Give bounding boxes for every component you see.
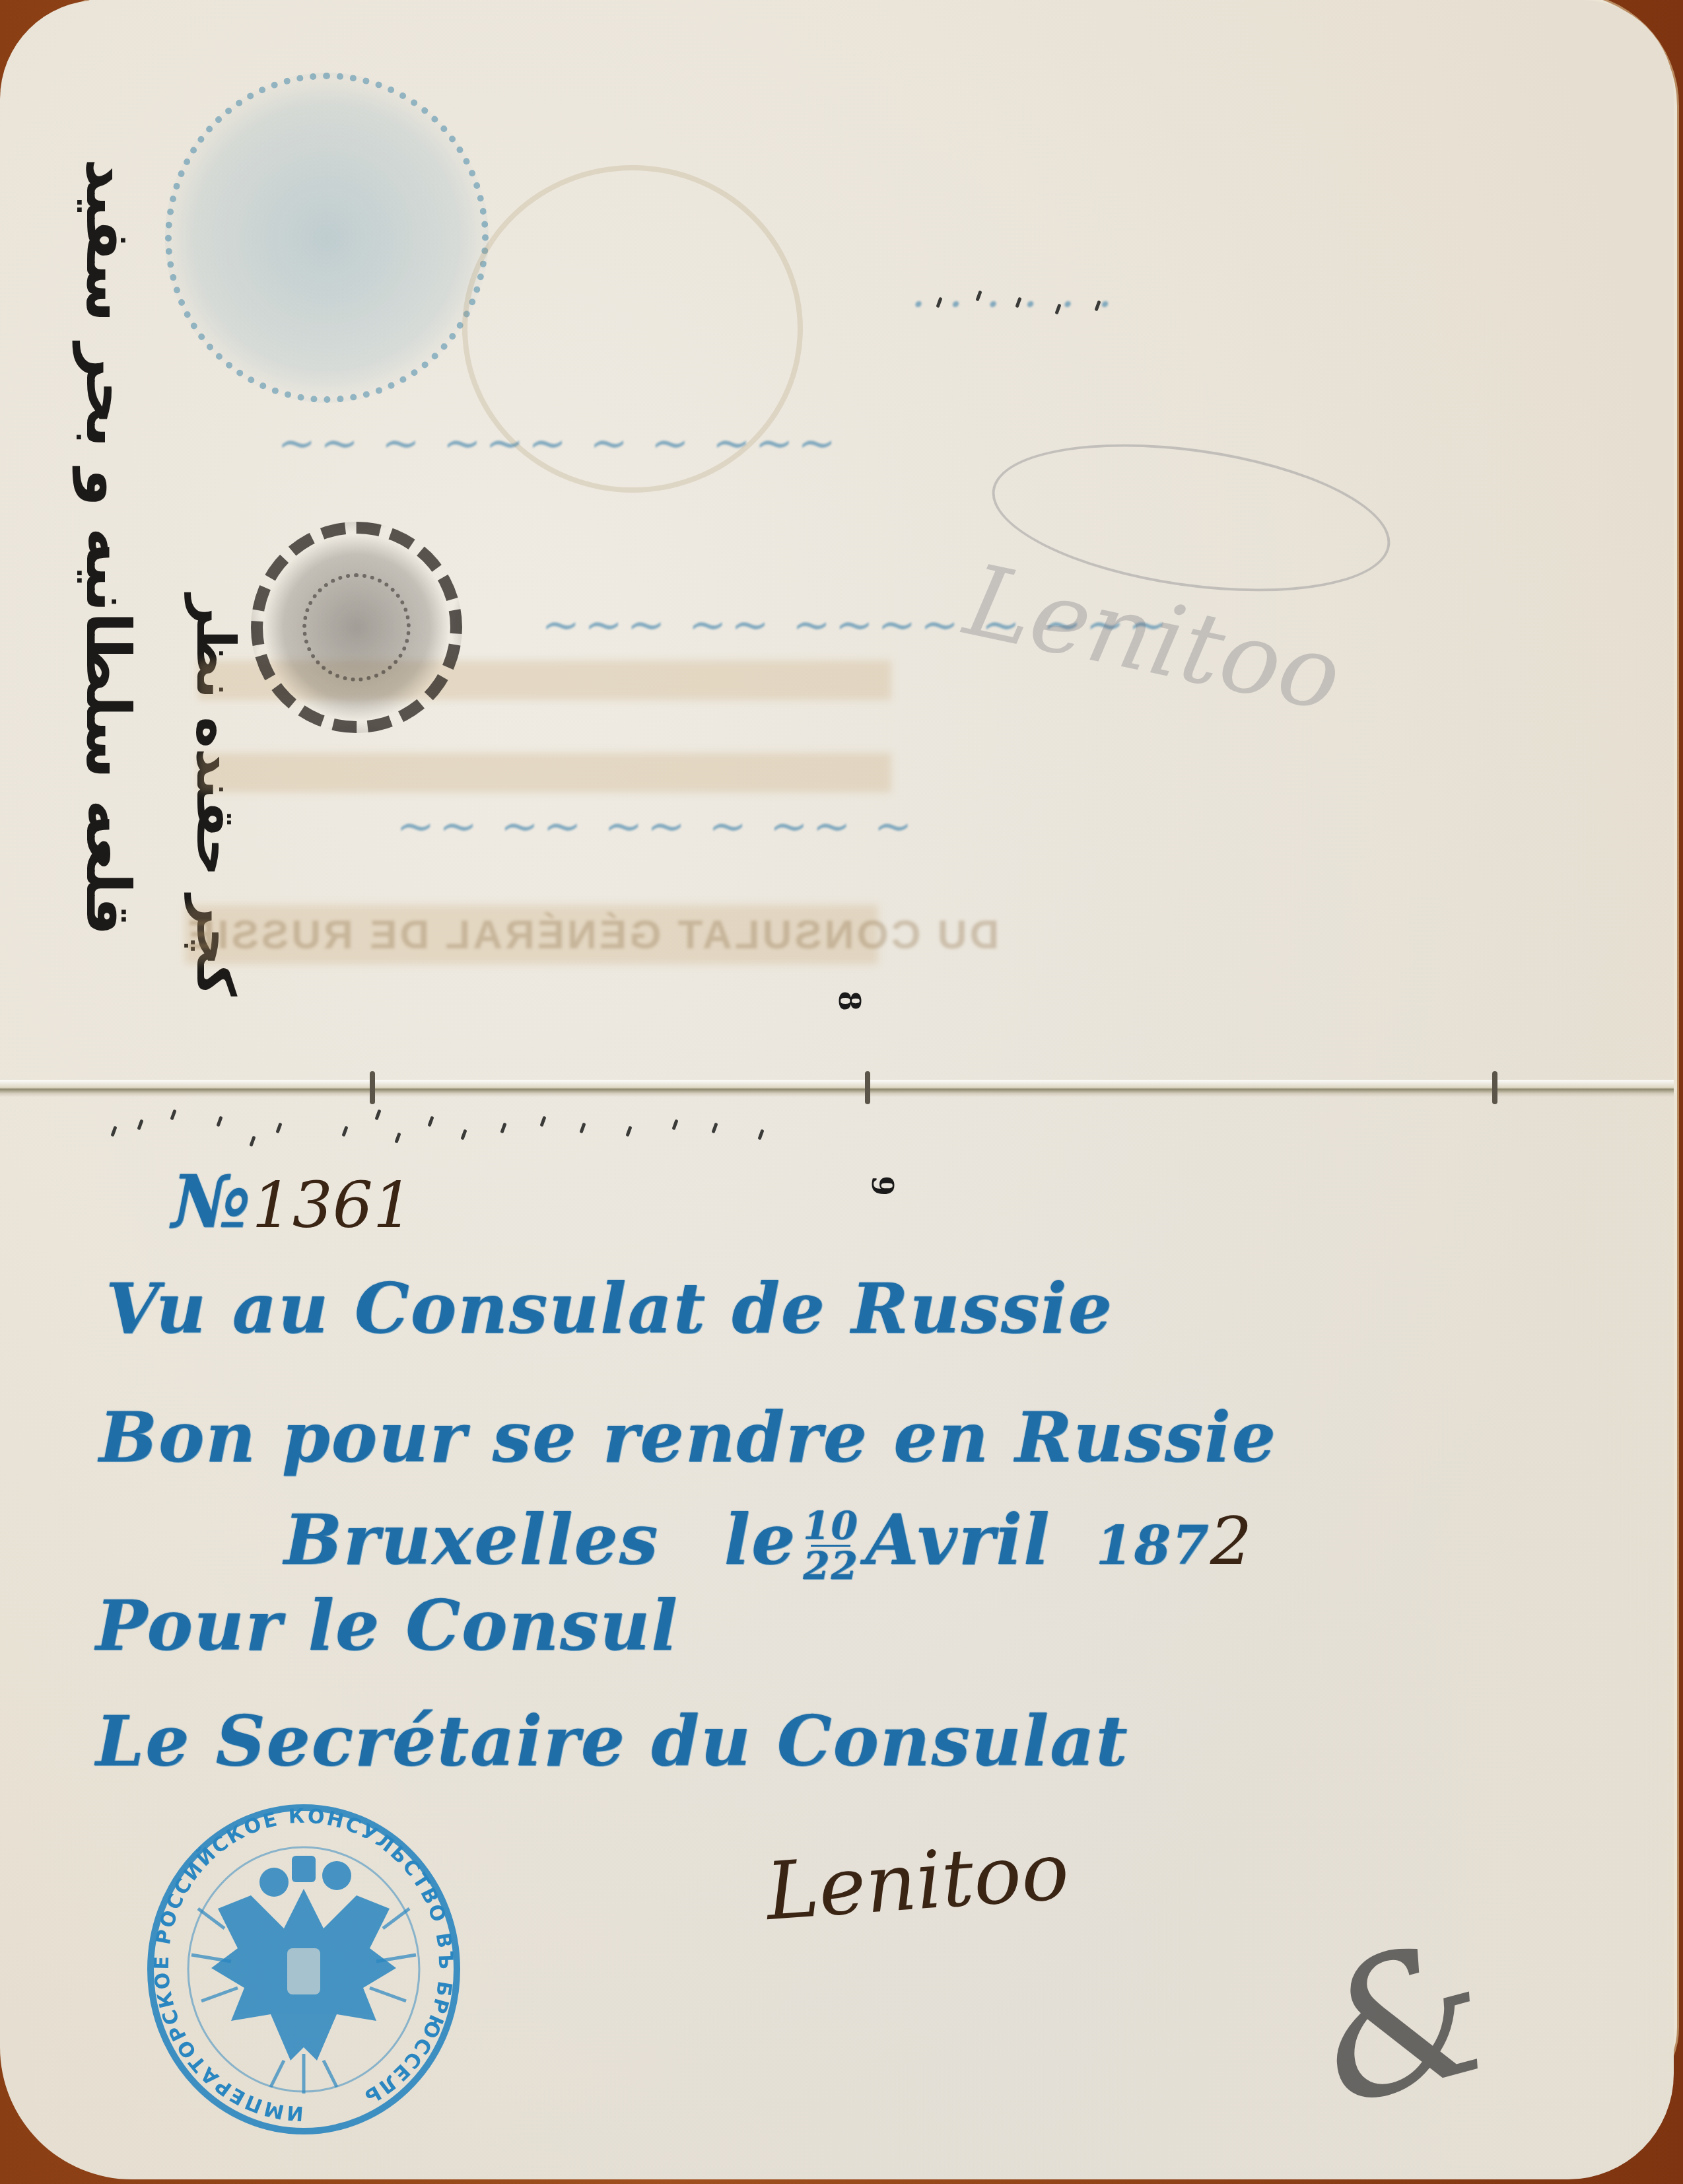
binding-stitch [370, 1071, 375, 1104]
faded-stamp-line: ~~ ~~ ~~ ~ ~~ ~ [396, 799, 916, 853]
russian-consulate-seal: ИМПЕРАТОРСКОЕ РОССИЙСКОЕ КОНСУЛЬСТВО ВЪ … [139, 1796, 469, 2146]
page-number-lower: 9 [865, 1176, 899, 1196]
secretary-signature: Lenitoo [763, 1825, 1072, 1938]
perforation-dot [579, 1123, 586, 1134]
visa-line-for-consul: Pour le Consul [96, 1585, 679, 1666]
ottoman-ink-seal [251, 522, 462, 733]
number-value: 1361 [252, 1168, 413, 1242]
mirrored-show-through-print: DU CONSULAT GÉNÉRAL DE RUSSIE [185, 911, 999, 958]
faded-blue-stamp [165, 73, 489, 403]
month: Avril [866, 1499, 1051, 1580]
faded-stamp-line: ~~ ~ ~~~ ~ ~ ~~~ [277, 416, 840, 470]
binding-fold [0, 1080, 1674, 1097]
perforation-dot [249, 1136, 256, 1147]
faded-stamp-line: · · · · · · [911, 277, 1116, 332]
binding-stitch [865, 1071, 870, 1104]
le-word: le [724, 1499, 796, 1580]
perforation-dot [427, 1116, 434, 1127]
perforation-dot [539, 1116, 546, 1127]
visa-line-secretary: Le Secrétaire du Consulat [96, 1701, 1129, 1782]
perforation-dot [460, 1129, 467, 1141]
visa-line-consulate: Vu au Consulat de Russie [106, 1268, 1113, 1349]
visa-line-permission: Bon pour se rendre en Russie [99, 1397, 1277, 1478]
perforation-dot [671, 1119, 678, 1131]
perforation-dot [170, 1110, 176, 1121]
perforation-dot [625, 1126, 632, 1137]
date-gregorian: 22 [803, 1547, 859, 1585]
perforation-dot [275, 1123, 282, 1134]
perforation-dot [110, 1126, 117, 1137]
visa-number: №1361 [172, 1159, 413, 1244]
binding-stitch [1492, 1071, 1497, 1104]
perforation-dot [394, 1133, 401, 1144]
ottoman-annotation: قلعه سلطانیه و بحر سفید [73, 159, 143, 935]
date-julian: 10 [803, 1506, 859, 1545]
perforation-dot [711, 1123, 718, 1134]
perforation-dot [341, 1126, 348, 1137]
perforation-dot [757, 1129, 764, 1141]
dual-date: 1022 [803, 1506, 859, 1585]
page-number-upper: 8 [832, 991, 866, 1011]
double-headed-eagle-icon: ИМПЕРАТОРСКОЕ РОССИЙСКОЕ КОНСУЛЬСТВО ВЪ … [139, 1796, 469, 2146]
passport-page-spread: قلعه سلطانیه و بحر سفید کچر حقنده نظر · … [0, 0, 1674, 2179]
pencil-flourish-mark: & [1295, 1897, 1510, 2148]
visa-line-place-date: Bruxelles le1022Avril 1872 [284, 1499, 1252, 1585]
perforation-dot [500, 1123, 506, 1134]
show-through-band [198, 753, 891, 793]
year-printed: 187 [1096, 1514, 1210, 1576]
place: Bruxelles [284, 1499, 659, 1580]
number-label: № [172, 1159, 252, 1244]
perforation-dot [374, 1110, 381, 1121]
perforation-dot [137, 1119, 143, 1131]
year-handwritten: 2 [1210, 1502, 1253, 1580]
perforation-dot [216, 1116, 223, 1127]
